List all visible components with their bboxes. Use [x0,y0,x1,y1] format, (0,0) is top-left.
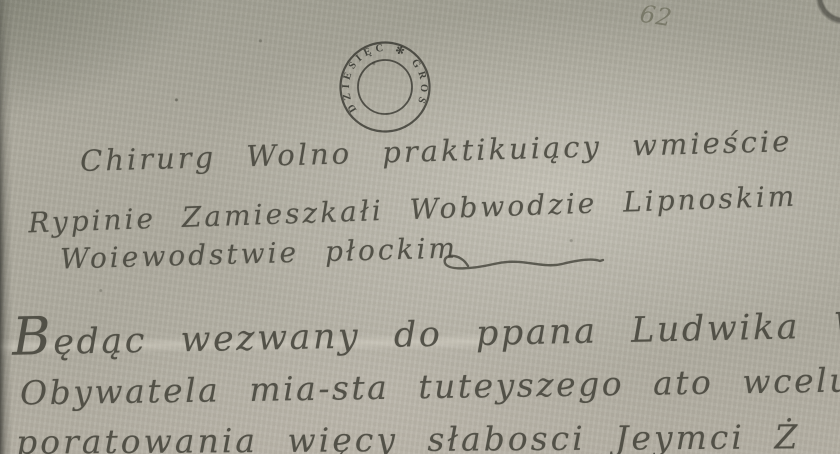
stamp-ring-text: DZIESIĘC ✻ GROSZY [334,36,431,115]
pen-flourish [438,250,610,278]
manuscript-page: 62 DZIESIĘC ✻ GROSZY Chirurg Wolno prakt… [0,0,840,454]
revenue-stamp: DZIESIĘC ✻ GROSZY [334,36,436,138]
manuscript-line-3: Woiewodstwie płockim [60,231,459,275]
manuscript-line-5: Obywatela mia-sta tuteyszego ato wcelu [20,360,840,412]
manuscript-line-4: Będąc wezwany do ppana Ludwika Wildy [11,287,840,368]
folio-number-pencil: 62 [638,0,675,32]
manuscript-line-1: Chirurg Wolno praktikuiący wmieście [80,124,793,178]
page-corner-mark [806,0,840,34]
binding-edge-shadow [0,0,12,454]
manuscript-line-6: poratowania więcy słabosci Jeymci Ż [16,417,801,454]
stamp-ring-textpath: DZIESIĘC ✻ GROSZY [334,36,431,115]
manuscript-line-2: Rypinie Zamieszkałi Wobwodzie Lipnoskim [28,180,798,240]
stamp-inner-ring [356,58,414,116]
